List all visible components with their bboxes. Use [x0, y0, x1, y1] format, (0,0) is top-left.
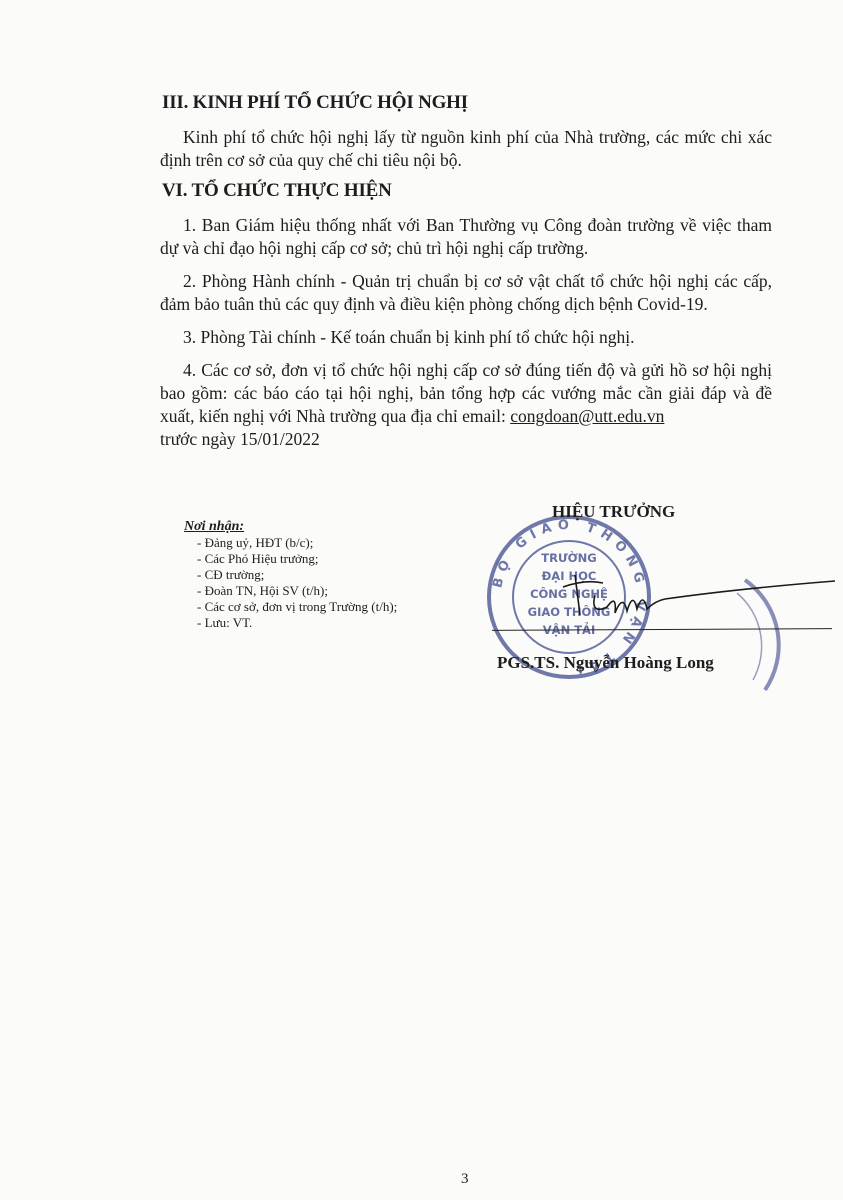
- deadline-text: trước ngày 15/01/2022: [160, 429, 320, 449]
- paragraph-text: 2. Phòng Hành chính - Quản trị chuẩn bị …: [160, 271, 772, 314]
- recipient-item: - Đảng uỷ, HĐT (b/c);: [184, 535, 397, 551]
- paragraph-item-4: 4. Các cơ sở, đơn vị tổ chức hội nghị cấ…: [160, 359, 772, 451]
- paragraph-item-3: 3. Phòng Tài chính - Kế toán chuẩn bị ki…: [160, 326, 772, 349]
- paragraph-text: Kinh phí tổ chức hội nghị lấy từ nguồn k…: [160, 127, 772, 170]
- svg-text:TRƯỜNG: TRƯỜNG: [541, 550, 596, 565]
- email-link[interactable]: congdoan@utt.edu.vn: [510, 406, 664, 426]
- page-number: 3: [461, 1171, 469, 1188]
- paragraph-item-2: 2. Phòng Hành chính - Quản trị chuẩn bị …: [160, 270, 772, 316]
- recipient-item: - Lưu: VT.: [184, 615, 397, 631]
- recipients-title: Nơi nhận:: [184, 518, 397, 535]
- signer-title: HIỆU TRƯỞNG: [552, 502, 675, 522]
- section-heading-funding: III. KINH PHÍ TỔ CHỨC HỘI NGHỊ: [162, 92, 468, 114]
- recipient-item: - Đoàn TN, Hội SV (t/h);: [184, 583, 397, 599]
- signer-name: PGS.TS. Nguyễn Hoàng Long: [497, 653, 714, 673]
- recipients-block: Nơi nhận: - Đảng uỷ, HĐT (b/c); - Các Ph…: [184, 518, 397, 631]
- recipient-item: - CĐ trường;: [184, 567, 397, 583]
- recipient-item: - Các cơ sở, đơn vị trong Trường (t/h);: [184, 599, 397, 615]
- paragraph-text: 3. Phòng Tài chính - Kế toán chuẩn bị ki…: [183, 327, 634, 347]
- paragraph-funding: Kinh phí tổ chức hội nghị lấy từ nguồn k…: [160, 126, 772, 172]
- section-heading-implementation: VI. TỔ CHỨC THỰC HIỆN: [162, 180, 392, 202]
- signature-icon: [555, 565, 835, 635]
- paragraph-text: 4. Các cơ sở, đơn vị tổ chức hội nghị cấ…: [160, 360, 772, 426]
- recipient-item: - Các Phó Hiệu trưởng;: [184, 551, 397, 567]
- paragraph-text: 1. Ban Giám hiệu thống nhất với Ban Thườ…: [160, 215, 772, 258]
- paragraph-item-1: 1. Ban Giám hiệu thống nhất với Ban Thườ…: [160, 214, 772, 260]
- document-page: III. KINH PHÍ TỔ CHỨC HỘI NGHỊ Kinh phí …: [0, 0, 843, 1200]
